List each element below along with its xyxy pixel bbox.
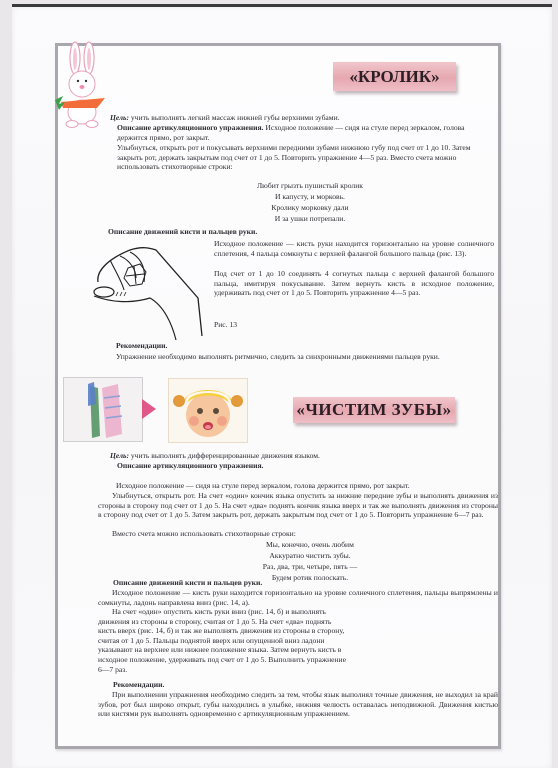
- next-arrow-icon: [142, 399, 156, 419]
- toothpaste-tube-picture: [63, 377, 143, 442]
- exercise2-articulation-heading: Описание артикуляционного упражнения.: [117, 461, 417, 471]
- exercise2-poem: Мы, конечно, очень любим Аккуратно чисти…: [235, 539, 385, 583]
- articulation-heading: Описание артикуляционного упражнения.: [117, 123, 263, 132]
- exercise1-hand-heading: Описание движений кисти и пальцев руки.: [108, 227, 348, 237]
- poem-line: Раз, два, три, четыре, пять —: [235, 561, 385, 572]
- goal-label: Цель:: [110, 451, 129, 460]
- poem-line: Кролику морковку дали: [230, 202, 390, 213]
- exercise1-recommendations-heading: Рекомендации.: [116, 341, 316, 351]
- hand-gesture-figure-13: [90, 240, 210, 340]
- exercise1-recommendations-text: Упражнение необходимо выполнять ритмично…: [116, 352, 506, 362]
- exercise2-goal: Цель: учить выполнять дифференцированные…: [110, 451, 500, 461]
- girl-face-picture: [168, 378, 248, 443]
- exercise1-hand-text1: Исходное положение — кисть руки находитс…: [214, 239, 494, 258]
- poem-line: Аккуратно чистить зубы.: [235, 550, 385, 561]
- goal-text: учить выполнять легкий массаж нижней губ…: [129, 113, 340, 122]
- exercise2-articulation-text1: Исходное положение — сидя на стуле перед…: [116, 481, 506, 491]
- poem-line: Мы, конечно, очень любим: [235, 539, 385, 550]
- poem-line: Любит грызть пушистый кролик: [230, 180, 390, 191]
- exercise1-articulation-text2: Улыбнуться, открыть рот и покусывать вер…: [117, 143, 497, 172]
- exercise1-articulation: Описание артикуляционного упражнения. Ис…: [117, 123, 497, 142]
- exercise2-hand-text1: Исходное положение — кисть руки находитс…: [98, 588, 498, 607]
- goal-label: Цель:: [110, 113, 129, 122]
- exercise2-hand-text2: На счет «один» опустить кисть руки вниз …: [98, 607, 350, 674]
- exercise2-articulation-text2: Улыбнуться, открыть рот. На счет «один» …: [98, 491, 498, 520]
- exercise-title-chistim-zuby: «ЧИСТИМ ЗУБЫ»: [293, 397, 455, 423]
- exercise2-hand-heading: Описание движений кисти и пальцев руки.: [113, 578, 373, 588]
- exercise2-recommendations-heading: Рекомендации.: [113, 680, 313, 690]
- exercise1-goal: Цель: учить выполнять легкий массаж нижн…: [110, 113, 500, 123]
- goal-text: учить выполнять дифференцированные движе…: [129, 451, 320, 460]
- bunny-with-carrot-illustration: [53, 40, 113, 130]
- exercise-title-krolik: «КРОЛИК»: [333, 62, 456, 91]
- figure-13-caption: Рис. 13: [214, 320, 274, 330]
- exercise2-articulation-text3: Вместо счета можно использовать стихотво…: [98, 529, 498, 539]
- exercise1-poem: Любит грызть пушистый кролик И капусту, …: [230, 180, 390, 224]
- exercise1-hand-text2: Под счет от 1 до 10 соединять 4 согнутых…: [214, 269, 494, 298]
- exercise2-recommendations-text: При выполнении упражнения необходимо сле…: [98, 690, 498, 719]
- poem-line: И капусту, и морковь.: [230, 191, 390, 202]
- poem-line: И за ушки потрепали.: [230, 213, 390, 224]
